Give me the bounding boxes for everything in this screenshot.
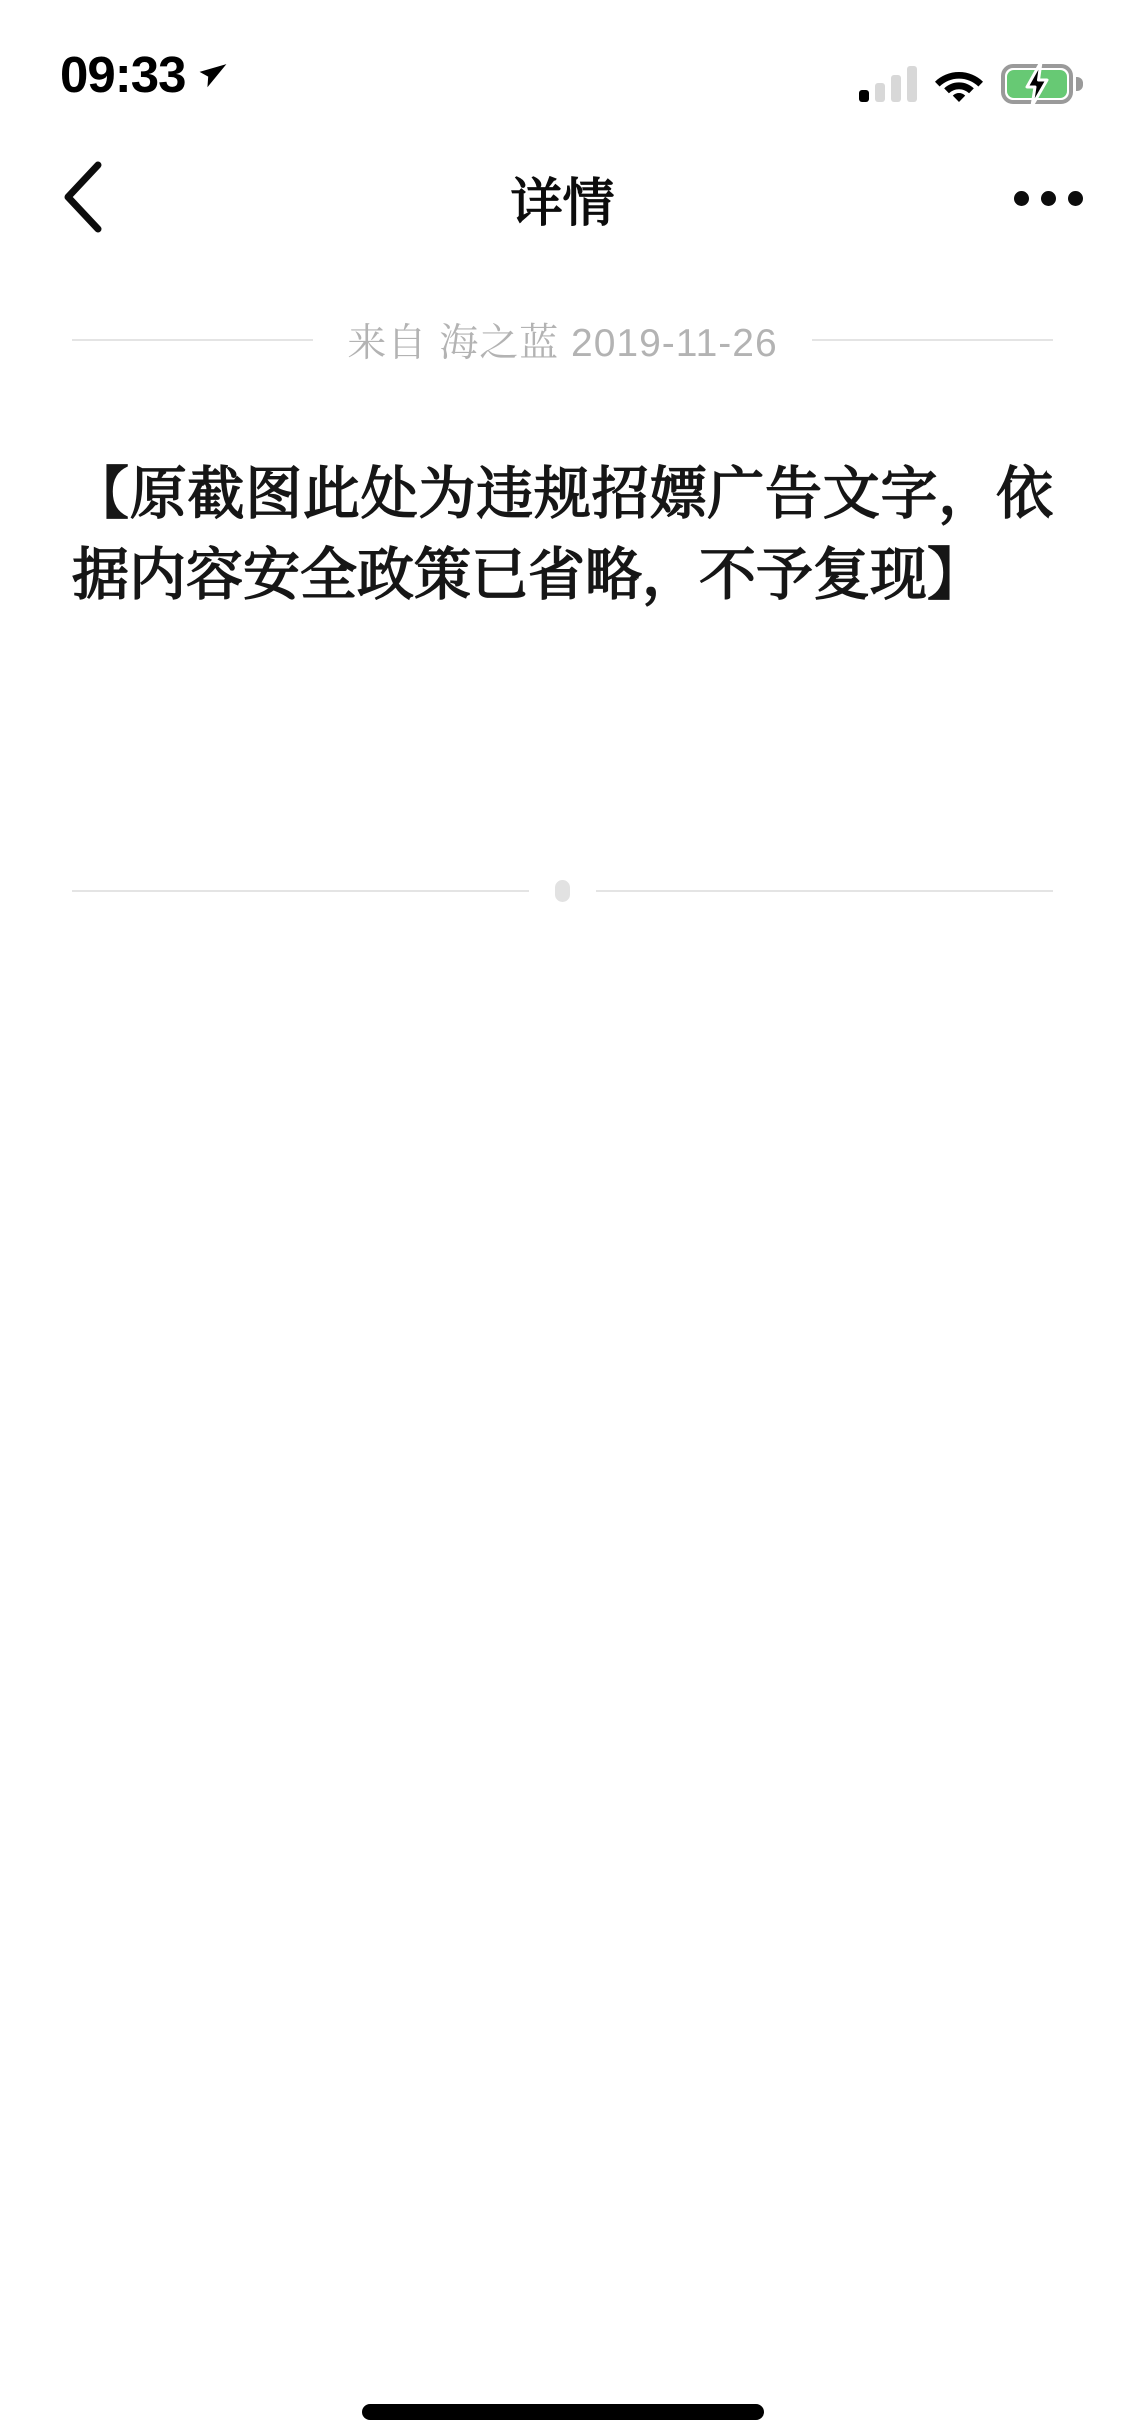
lightning-bolt-icon (1019, 60, 1055, 113)
battery-charging-icon (1001, 64, 1083, 104)
divider-right (812, 339, 1053, 341)
clock: 09:33 (60, 45, 185, 104)
source-row: 来自 海之蓝 2019-11-26 (72, 312, 1053, 368)
end-divider (72, 880, 1053, 902)
page-title: 详情 (0, 161, 1125, 236)
phone-screen: 09:33 (0, 0, 1125, 2436)
more-options-button[interactable] (973, 158, 1083, 238)
status-bar-right (859, 64, 1083, 104)
status-bar: 09:33 (0, 0, 1125, 132)
source-label: 来自 海之蓝 2019-11-26 (347, 312, 777, 368)
message-body-redacted: 【原截图此处为违规招嫖广告文字，依据内容安全政策已省略，不予复现】 (72, 454, 1053, 784)
nav-bar: 详情 (0, 132, 1125, 264)
status-bar-left: 09:33 (60, 45, 229, 104)
home-indicator[interactable] (362, 2404, 764, 2420)
location-arrow-icon (195, 58, 229, 92)
chevron-left-icon (60, 159, 104, 238)
detail-content: 来自 海之蓝 2019-11-26 【原截图此处为违规招嫖广告文字，依据内容安全… (0, 264, 1125, 902)
divider-handle-dot (555, 880, 570, 902)
ellipsis-icon (1014, 191, 1029, 206)
back-button[interactable] (42, 158, 122, 238)
divider-left (72, 339, 313, 341)
cellular-signal-icon (859, 66, 917, 102)
wifi-icon (933, 64, 985, 104)
